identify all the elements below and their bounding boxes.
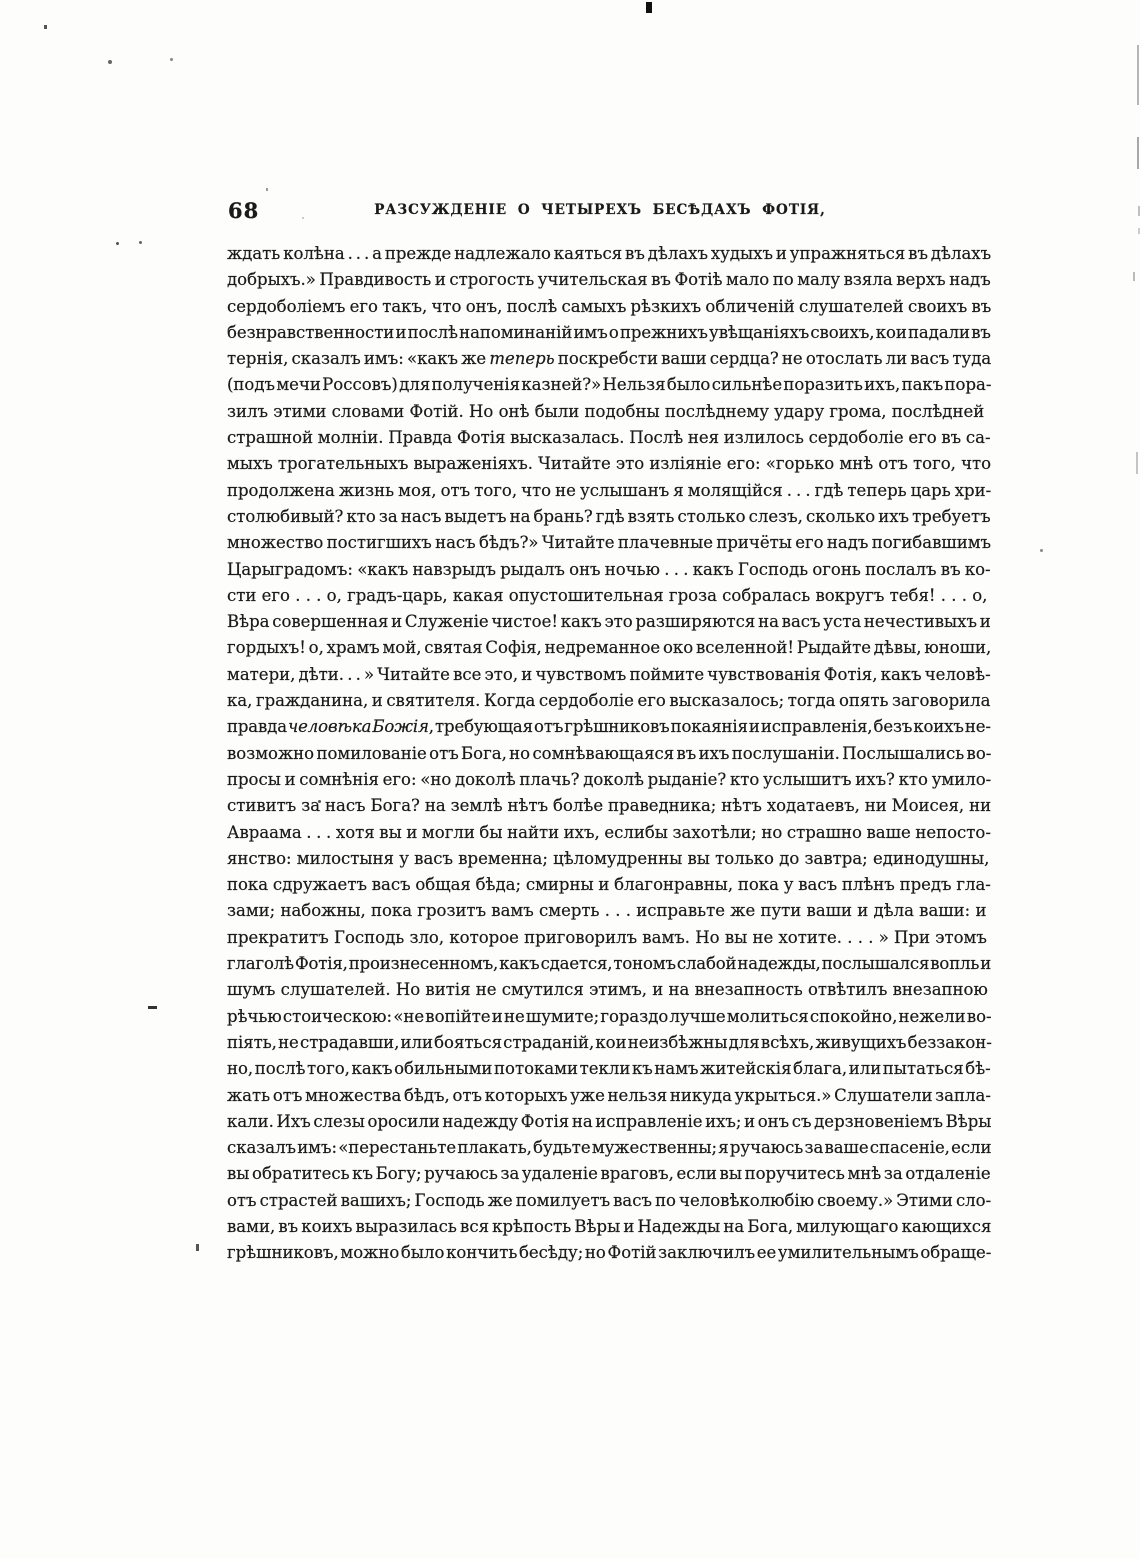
scan-mark [1137,137,1139,169]
text-line: но, послѣ того, какъ обильными потоками … [227,1056,991,1082]
text-segment: рѣчью стоическою: «не вопійте и не шумит… [227,1007,992,1026]
text-line: жать отъ множества бѣдъ, отъ которыхъ уж… [227,1083,991,1109]
text-segment: гордыхъ! о, храмъ мой, святая Софія, нед… [227,638,991,657]
text-segment: (подъ мечи Россовъ) для полученія казней… [227,375,991,394]
text-line: страшной молніи. Правда Фотія высказалас… [227,425,991,451]
text-segment: грѣшниковъ, можно было кончить бесѣду; н… [227,1243,991,1262]
page: 68 РАЗСУЖДЕНІЕ О ЧЕТЫРЕХЪ БЕСѢДАХЪ ФОТІЯ… [0,0,1140,1559]
text-line: сказалъ имъ: «перестаньте плакать, будьт… [227,1135,991,1161]
text-segment: янство: милостыня у васъ временна; цѣлом… [227,849,989,868]
text-line: рѣчью стоическою: «не вопійте и не шумит… [227,1004,991,1030]
text-segment: сердоболіемъ его такъ, что онъ, послѣ са… [227,297,991,316]
running-header: РАЗСУЖДЕНІЕ О ЧЕТЫРЕХЪ БЕСѢДАХЪ ФОТІЯ, [227,202,973,218]
text-segment: стивитъ за насъ Бога? на землѣ нѣтъ болѣ… [227,796,991,815]
text-segment: Авраама . . . хотя вы и могли бы найти и… [227,823,991,842]
text-line: гордыхъ! о, храмъ мой, святая Софія, нед… [227,635,991,661]
text-line: піять, не страдавши, или бояться страдан… [227,1030,991,1056]
text-line: прекратитъ Господь зло, которое приговор… [227,925,991,951]
text-segment: мыхъ трогательныхъ выраженіяхъ. Читайте … [227,454,991,473]
italic-text: человѣка Божія [288,717,429,736]
text-segment: Царыградомъ: «какъ навзрыдъ рыдалъ онъ н… [227,560,991,579]
text-segment: , требующая отъ грѣшниковъ покаянія и ис… [429,717,991,736]
text-segment: піять, не страдавши, или бояться страдан… [227,1033,992,1052]
scan-mark [116,242,119,245]
text-segment: правда [227,717,288,736]
text-segment: ка, гражданина, и святителя. Когда сердо… [227,691,991,710]
text-segment: безнравственности и послѣ напоминаній им… [227,323,991,342]
text-line: продолжена жизнь моя, отъ того, что не у… [227,478,991,504]
text-line: сти его . . . о, градъ-царь, какая опуст… [227,583,991,609]
text-segment: столюбивый? кто за насъ выдетъ на брань?… [227,507,991,526]
scan-mark [646,2,652,13]
scan-mark [108,60,112,64]
text-segment: продолжена жизнь моя, отъ того, что не у… [227,481,991,500]
text-line: отъ страстей вашихъ; Господь же помилует… [227,1188,991,1214]
text-segment: сти его . . . о, градъ-царь, какая опуст… [227,586,987,605]
text-segment: вами, въ коихъ выразилась вся крѣпость В… [227,1217,991,1236]
text-line: Царыградомъ: «какъ навзрыдъ рыдалъ онъ н… [227,557,991,583]
text-segment: вы обратитесь къ Богу; ручаюсь за удален… [227,1164,991,1183]
text-line: вами, въ коихъ выразилась вся крѣпость В… [227,1214,991,1240]
scan-mark [318,800,321,803]
text-segment: возможно помилованіе отъ Бога, но сомнѣв… [227,744,991,763]
scan-mark [139,241,142,244]
text-segment: отъ страстей вашихъ; Господь же помилует… [227,1191,991,1210]
text-segment: пока сдружаетъ васъ общая бѣда; смирны и… [227,875,991,894]
scan-mark [1136,452,1138,474]
text-segment: зами; набожны, пока грозитъ вамъ смерть … [227,901,986,920]
text-segment: страшной молніи. Правда Фотія высказалас… [227,428,991,447]
scan-mark [196,1244,199,1251]
text-segment: поскребсти ваши сердца? не отослать ли в… [555,349,992,368]
text-segment: множество постигшихъ насъ бѣдъ?» Читайте… [227,533,991,552]
body-text: ждать колѣна . . . а прежде надлежало ка… [227,241,991,1267]
text-line: мыхъ трогательныхъ выраженіяхъ. Читайте … [227,451,991,477]
scan-mark [148,1006,157,1009]
text-segment: шумъ слушателей. Но витія не смутился эт… [227,980,988,999]
text-line: глаголѣ Фотія, произнесенномъ, какъ сдае… [227,951,991,977]
text-segment: добрыхъ.» Правдивость и строгость учител… [227,270,991,289]
text-line: правда человѣка Божія, требующая отъ грѣ… [227,714,991,740]
text-segment: сказалъ имъ: «перестаньте плакать, будьт… [227,1138,991,1157]
text-segment: глаголѣ Фотія, произнесенномъ, какъ сдае… [227,954,991,973]
text-line: грѣшниковъ, можно было кончить бесѣду; н… [227,1240,991,1266]
scan-mark [170,58,173,61]
text-line: шумъ слушателей. Но витія не смутился эт… [227,977,991,1003]
text-segment: но, послѣ того, какъ обильными потоками … [227,1059,991,1078]
text-line: возможно помилованіе отъ Бога, но сомнѣв… [227,741,991,767]
scan-mark [1040,549,1043,552]
text-line: добрыхъ.» Правдивость и строгость учител… [227,267,991,293]
text-segment: кали. Ихъ слезы оросили надежду Фотія на… [227,1112,991,1131]
text-line: зами; набожны, пока грозитъ вамъ смерть … [227,898,991,924]
text-line: янство: милостыня у васъ временна; цѣлом… [227,846,991,872]
text-line: Вѣра совершенная и Служеніе чистое! какъ… [227,609,991,635]
text-line: (подъ мечи Россовъ) для полученія казней… [227,372,991,398]
scan-mark [266,188,268,191]
text-segment: прекратитъ Господь зло, которое приговор… [227,928,987,947]
italic-text: теперь [489,349,554,368]
scan-mark [1133,272,1135,281]
text-line: тернія, сказалъ имъ: «какъ же теперь пос… [227,346,991,372]
text-line: ка, гражданина, и святителя. Когда сердо… [227,688,991,714]
text-segment: тернія, сказалъ имъ: «какъ же [227,349,489,368]
text-segment: матери, дѣти. . . » Читайте все это, и ч… [227,665,991,684]
text-line: сердоболіемъ его такъ, что онъ, послѣ са… [227,294,991,320]
text-segment: Вѣра совершенная и Служеніе чистое! какъ… [227,612,991,631]
text-line: зилъ этими словами Фотій. Но онѣ были по… [227,399,991,425]
text-line: стивитъ за насъ Бога? на землѣ нѣтъ болѣ… [227,793,991,819]
text-segment: просы и сомнѣнія его: «но доколѣ плачь? … [227,770,991,789]
text-line: безнравственности и послѣ напоминаній им… [227,320,991,346]
text-line: кали. Ихъ слезы оросили надежду Фотія на… [227,1109,991,1135]
text-line: Авраама . . . хотя вы и могли бы найти и… [227,820,991,846]
text-line: просы и сомнѣнія его: «но доколѣ плачь? … [227,767,991,793]
text-segment: зилъ этими словами Фотій. Но онѣ были по… [227,402,984,421]
text-line: пока сдружаетъ васъ общая бѣда; смирны и… [227,872,991,898]
scan-mark [44,25,47,29]
scan-mark [302,217,304,219]
text-line: столюбивый? кто за насъ выдетъ на брань?… [227,504,991,530]
text-line: матери, дѣти. . . » Читайте все это, и ч… [227,662,991,688]
scan-mark [1137,45,1139,105]
text-segment: жать отъ множества бѣдъ, отъ которыхъ уж… [227,1086,991,1105]
text-segment: ждать колѣна . . . а прежде надлежало ка… [227,244,991,263]
text-line: множество постигшихъ насъ бѣдъ?» Читайте… [227,530,991,556]
text-line: вы обратитесь къ Богу; ручаюсь за удален… [227,1161,991,1187]
text-line: ждать колѣна . . . а прежде надлежало ка… [227,241,991,267]
